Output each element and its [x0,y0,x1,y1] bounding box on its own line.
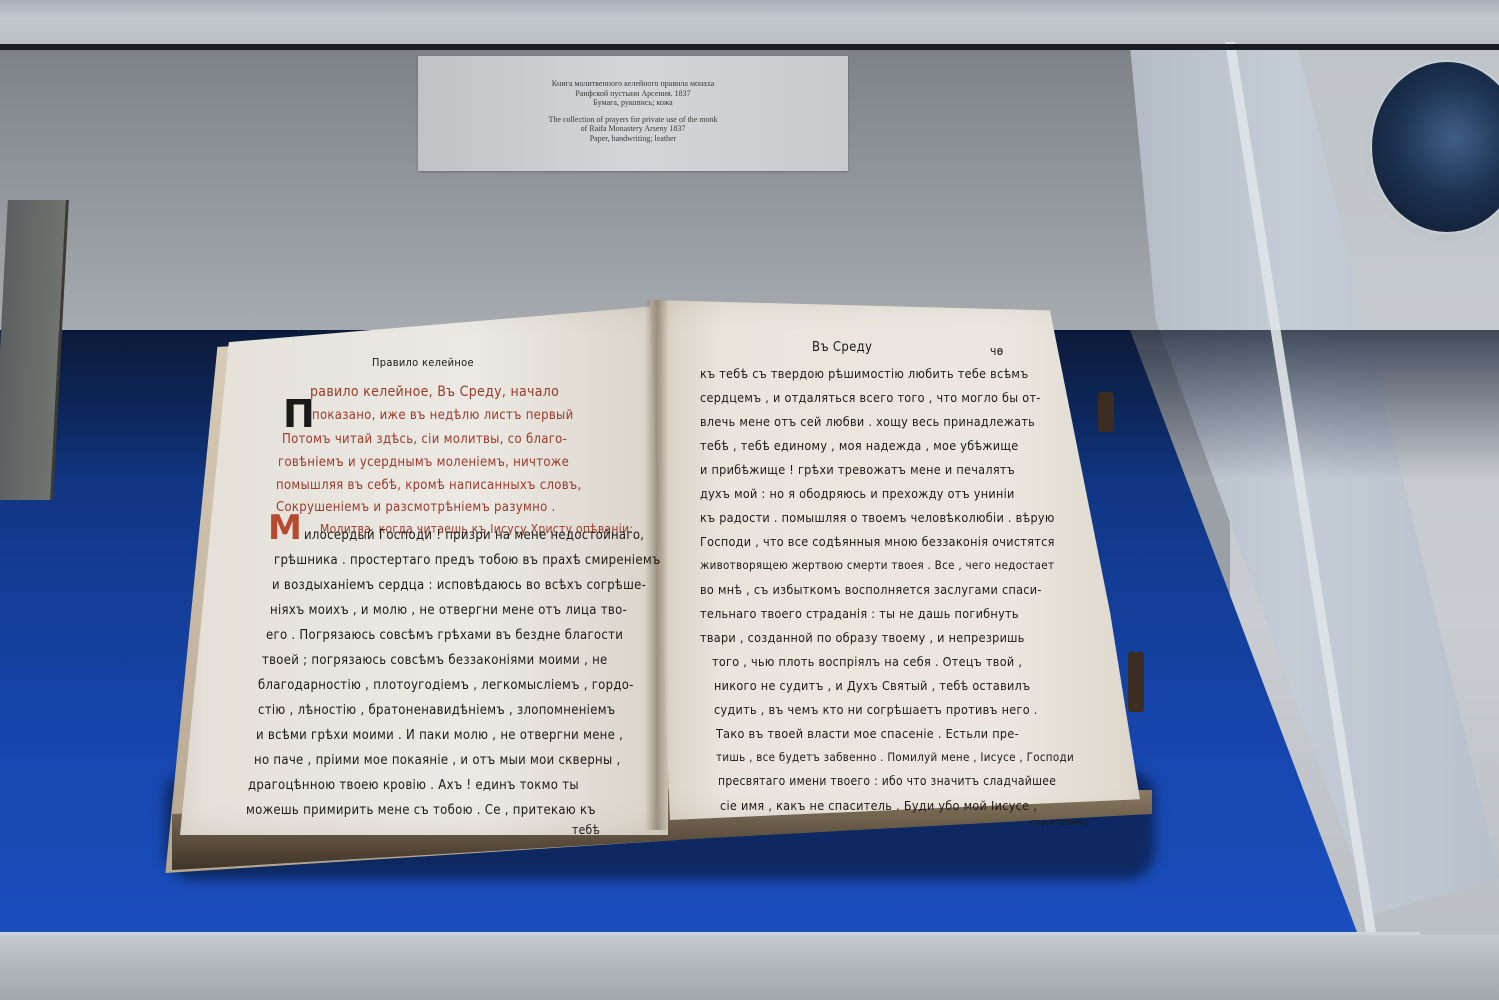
text-line: тельнаго твоего страданія : ты не дашь п… [700,606,1060,621]
text-line: во мнѣ , съ избыткомъ восполняется заслу… [700,582,1060,597]
text-line: судить , въ чемъ кто ни согрѣшаетъ проти… [714,702,1074,717]
text-line: но паче , пріими мое покаяніе , и отъ мы… [254,753,614,768]
text-line: пресвятаго имени твоего : ибо что значит… [718,774,1078,788]
dropcap-M: М [268,508,302,548]
rubric-line: говѣніемъ и усерднымъ моленіемъ, ничтоже [278,455,638,470]
case-top-rail [0,44,1499,50]
text-line: къ тебѣ съ твердою рѣшимостію любить теб… [700,366,1060,381]
text-line: стію , лѣностію , братоненавидѣніемъ , з… [258,703,618,718]
text-line: тишь , все будетъ забвенно . Помилуй мен… [716,750,1076,764]
label-ru-line: Раифской пустыни Арсения. 1837 [418,89,848,99]
book-clasp-icon [1098,392,1114,432]
text-line: и всѣми грѣхи моими . И паки молю , не о… [256,728,616,743]
text-line: ніяхъ моихъ , и молю , не отвергни мене … [270,603,630,618]
text-line: можешь примирить мене съ тобою . Се , пр… [246,803,606,818]
museum-display-scene: Книга молитвенного келейного правила мон… [0,0,1499,1000]
text-line: илосердый Господи ! призри на мене недос… [304,528,664,543]
label-ru-line: Книга молитвенного келейного правила мон… [418,79,848,89]
text-line: влечь мене отъ сей любви . хощу весь при… [700,414,1060,429]
text-line: сіе имя , какъ не спаситель . Буди убо м… [720,798,1080,813]
label-en-line: The collection of prayers for private us… [418,115,848,125]
text-line: твоей ; погрязаюсь совсѣмъ беззаконіями … [262,653,622,668]
text-line: его . Погрязаюсь совсѣмъ грѣхами въ безд… [266,628,626,643]
rubric-line: показано, иже въ недѣлю листъ первый [312,408,672,423]
exhibit-label-card: Книга молитвенного келейного правила мон… [418,56,848,171]
rubric-line: помышляя въ себѣ, кромѣ написанныхъ слов… [276,478,636,493]
catchword-left: тебѣ [572,823,600,837]
rubric-line: Сокрушеніемъ и разсмотрѣніемъ разумно . [276,500,636,515]
label-en-line: of Raifa Monastery Arseny 1837 [418,124,848,134]
text-line: животворящею жертвою смерти твоея . Все … [700,558,1060,572]
folio-number: чѳ [990,344,1004,358]
text-line: твари , созданной по образу твоему , и н… [700,630,1060,645]
text-line: и воздыханіемъ сердца : исповѣдаюсь во в… [272,578,632,593]
book-clasp-icon [1128,652,1144,712]
text-line: грѣшника . простертаго предъ тобою въ пр… [274,553,634,568]
text-line: тебѣ , тебѣ единому , моя надежда , мое … [700,438,1060,453]
label-en-line: Paper, handwriting; leather [418,134,848,144]
text-line: благодарностію , плотоугодіемъ , легкомы… [258,678,618,693]
label-ru-line: Бумага, рукопись; кожа [418,98,848,108]
text-line: къ радости . помышляя о твоемъ человѣкол… [700,510,1060,525]
text-line: и прибѣжище ! грѣхи тревожатъ мене и печ… [700,462,1060,477]
left-page-header: Правило келейное [372,356,474,369]
text-line: никого не судитъ , и Духъ Святый , тебѣ … [714,678,1074,693]
text-line: сердцемъ , и отдаляться всего того , что… [700,390,1060,405]
label-english: The collection of prayers for private us… [418,115,848,144]
case-front-ledge [0,935,1499,1000]
wall-top [0,0,1499,46]
medallion-image [1372,62,1499,232]
rubric-line: Потомъ читай здѣсь, сіи молитвы, со благ… [282,432,642,447]
text-line: духъ мой : но я ободряюсь и прехожду отъ… [700,486,1060,501]
label-russian: Книга молитвенного келейного правила мон… [418,79,848,108]
text-line: драгоцѣнною твоею кровію . Ахъ ! единъ т… [248,778,608,793]
text-line: Тако въ твоей власти мое спасеніе . Есть… [716,726,1076,741]
text-line: того , чью плоть воспріялъ на себя . Оте… [712,654,1072,669]
right-page-header: Въ Среду [812,340,872,355]
rubric-line: равило келейное, Въ Среду, начало [310,384,670,400]
catchword-right: спасителемъ [1030,818,1089,828]
text-line: Господи , что все содѣянныя мною беззако… [700,534,1060,549]
